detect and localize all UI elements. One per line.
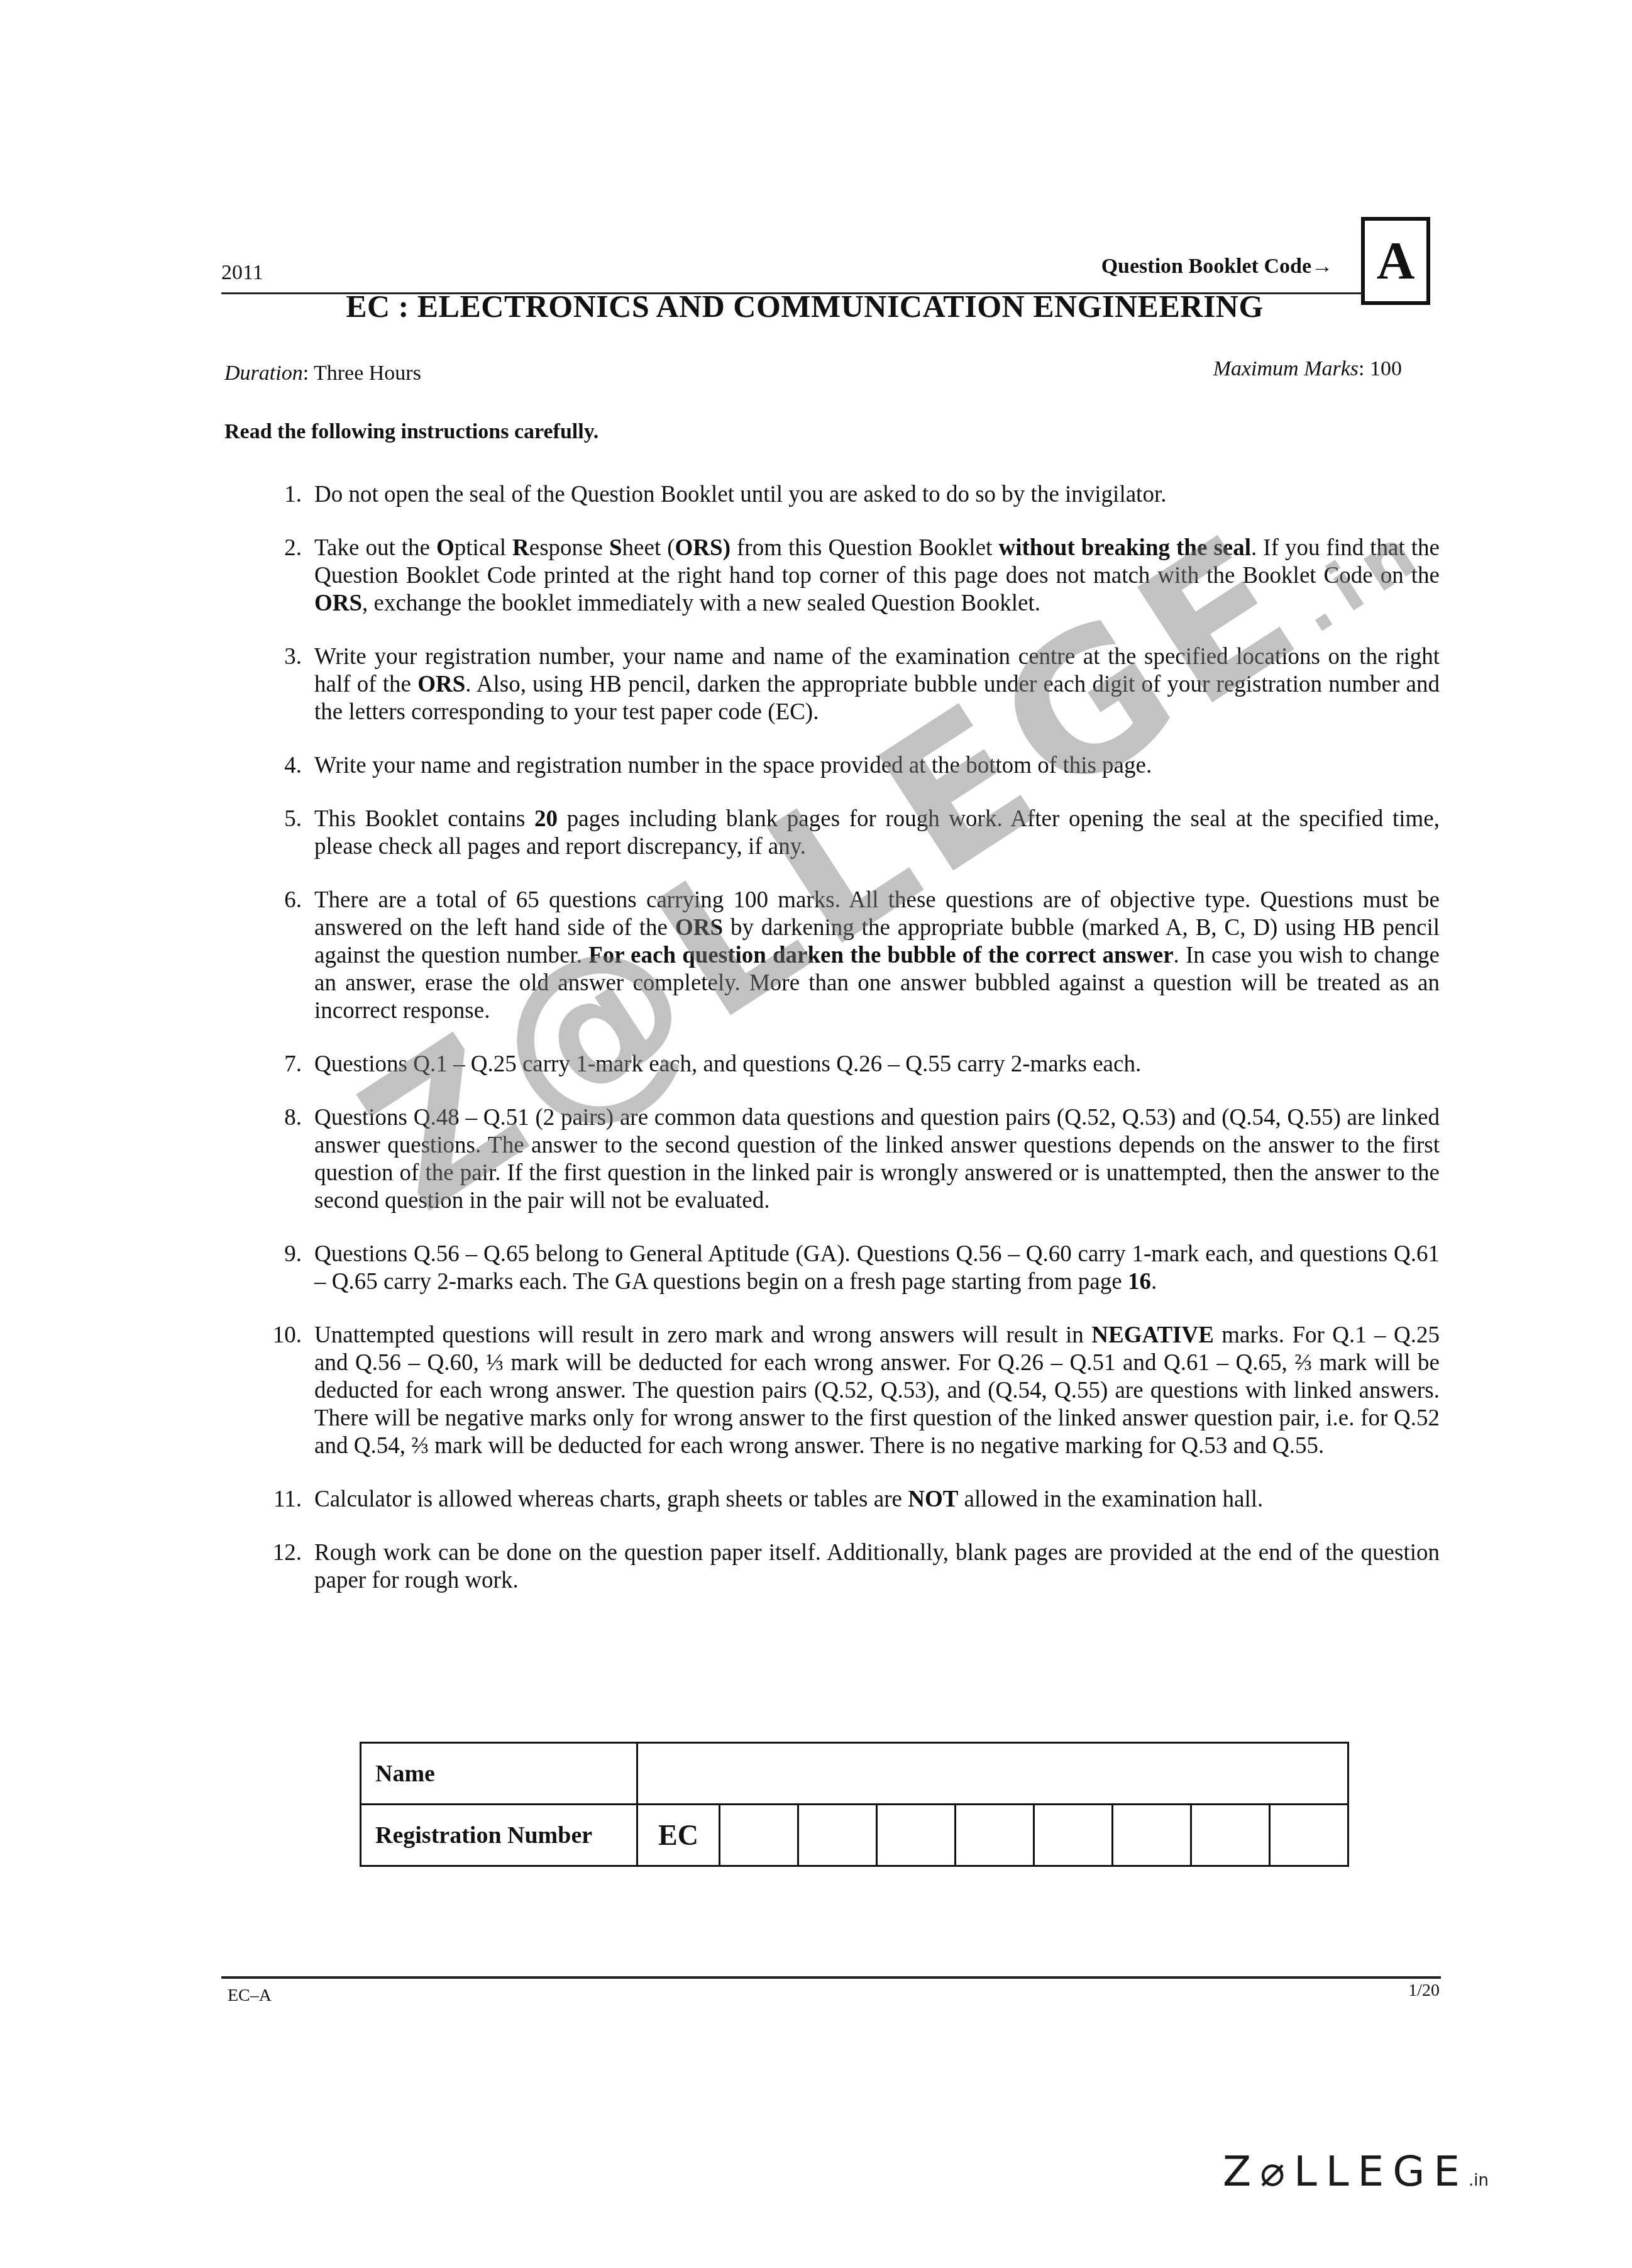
logo-text: Z⌀LLEGE (1223, 2147, 1469, 2196)
registration-digit-box[interactable] (877, 1805, 956, 1866)
instruction-number: 11. (264, 1486, 314, 1513)
instruction-number: 8. (264, 1104, 314, 1215)
instructions-list: 1.Do not open the seal of the Question B… (264, 481, 1440, 1620)
booklet-code-label-text: Question Booklet Code (1101, 255, 1311, 278)
instruction-text: Rough work can be done on the question p… (314, 1539, 1440, 1595)
instruction-item: 2.Take out the Optical Response Sheet (O… (264, 534, 1440, 617)
booklet-code-box: A (1361, 217, 1430, 305)
name-field[interactable] (637, 1743, 1348, 1805)
page-number: 1/20 (1352, 1981, 1440, 2001)
max-marks-value: : 100 (1359, 357, 1402, 380)
registration-digit-box[interactable] (956, 1805, 1034, 1866)
registration-digit-box[interactable] (1270, 1805, 1348, 1866)
instructions-heading: Read the following instructions carefull… (224, 420, 598, 444)
instruction-number: 4. (264, 752, 314, 780)
instruction-item: 12.Rough work can be done on the questio… (264, 1539, 1440, 1595)
arrow-right-icon: → (1311, 255, 1333, 278)
instruction-item: 3.Write your registration number, your n… (264, 643, 1440, 726)
instruction-number: 10. (264, 1322, 314, 1460)
duration-label: Duration (224, 362, 303, 385)
duration: Duration: Three Hours (224, 362, 421, 385)
candidate-details-table: Name Registration Number EC (360, 1742, 1349, 1867)
name-label: Name (361, 1743, 637, 1805)
registration-digit-box[interactable] (1191, 1805, 1270, 1866)
instruction-item: 4.Write your name and registration numbe… (264, 752, 1440, 780)
name-row: Name (361, 1743, 1348, 1805)
instruction-text: Calculator is allowed whereas charts, gr… (314, 1486, 1440, 1513)
footer-divider (221, 1976, 1441, 1979)
instruction-item: 10.Unattempted questions will result in … (264, 1322, 1440, 1460)
instruction-number: 2. (264, 534, 314, 617)
instruction-text: Do not open the seal of the Question Boo… (314, 481, 1440, 509)
instruction-number: 6. (264, 887, 314, 1025)
instruction-text: Take out the Optical Response Sheet (ORS… (314, 534, 1440, 617)
instruction-number: 1. (264, 481, 314, 509)
logo-domain: .in (1469, 2171, 1489, 2190)
instruction-text: Write your registration number, your nam… (314, 643, 1440, 726)
instruction-text: Questions Q.56 – Q.65 belong to General … (314, 1241, 1440, 1296)
instruction-text: There are a total of 65 questions carryi… (314, 887, 1440, 1025)
instruction-item: 9.Questions Q.56 – Q.65 belong to Genera… (264, 1241, 1440, 1296)
instruction-number: 7. (264, 1051, 314, 1078)
registration-label: Registration Number (361, 1805, 637, 1866)
instruction-text: Questions Q.1 – Q.25 carry 1-mark each, … (314, 1051, 1440, 1078)
registration-digit-box[interactable] (1034, 1805, 1113, 1866)
booklet-code-label: Question Booklet Code→ (1006, 255, 1333, 279)
maximum-marks: Maximum Marks: 100 (1069, 357, 1402, 381)
exam-year: 2011 (221, 261, 263, 285)
registration-prefix: EC (637, 1805, 720, 1866)
instruction-text: Questions Q.48 – Q.51 (2 pairs) are comm… (314, 1104, 1440, 1215)
paper-title: EC : ELECTRONICS AND COMMUNICATION ENGIN… (251, 288, 1358, 324)
instruction-item: 11.Calculator is allowed whereas charts,… (264, 1486, 1440, 1513)
registration-digit-box[interactable] (798, 1805, 877, 1866)
instruction-text: This Booklet contains 20 pages including… (314, 805, 1440, 861)
instruction-number: 12. (264, 1539, 314, 1595)
instruction-item: 8.Questions Q.48 – Q.51 (2 pairs) are co… (264, 1104, 1440, 1215)
max-marks-label: Maximum Marks (1213, 357, 1359, 380)
instruction-number: 9. (264, 1241, 314, 1296)
zollege-logo: Z⌀LLEGE.in (1223, 2147, 1489, 2196)
registration-digit-box[interactable] (720, 1805, 798, 1866)
instruction-text: Write your name and registration number … (314, 752, 1440, 780)
registration-row: Registration Number EC (361, 1805, 1348, 1866)
instruction-number: 3. (264, 643, 314, 726)
instruction-item: 6.There are a total of 65 questions carr… (264, 887, 1440, 1025)
duration-value: : Three Hours (303, 362, 421, 385)
instruction-item: 1.Do not open the seal of the Question B… (264, 481, 1440, 509)
instruction-item: 5.This Booklet contains 20 pages includi… (264, 805, 1440, 861)
instruction-number: 5. (264, 805, 314, 861)
registration-digit-box[interactable] (1113, 1805, 1191, 1866)
instruction-item: 7.Questions Q.1 – Q.25 carry 1-mark each… (264, 1051, 1440, 1078)
footer-paper-code: EC–A (228, 1986, 272, 2006)
instruction-text: Unattempted questions will result in zer… (314, 1322, 1440, 1460)
